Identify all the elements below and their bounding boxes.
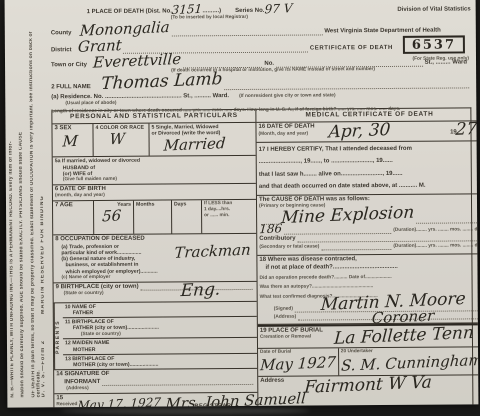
county-label: County xyxy=(51,30,72,38)
margin-binding-label: MARGIN RESERVED FOR BINDING xyxy=(39,195,46,314)
certificate-header: 6537 (For State Reg. use only) 1 PLACE O… xyxy=(51,1,472,110)
certificate-of-death-label: CERTIFICATE OF DEATH xyxy=(310,44,393,52)
district-number-value: 3151 xyxy=(172,3,203,16)
parents-block: PARENTS 10 NAME OF FATHER 11 BIRTHPLACE … xyxy=(54,301,257,370)
dod-value: Apr, 30 xyxy=(328,122,391,142)
mother-bp-line2: MOTHER (city or town)...................… xyxy=(65,361,255,369)
particulars-table: PERSONAL AND STATISTICAL PARTICULARS 3 S… xyxy=(51,107,473,407)
district-label: District xyxy=(51,47,72,55)
town-label: Town or City xyxy=(51,62,87,70)
scanned-death-certificate: N. B.—WRITE PLAINLY, WITH UNFADING INK—T… xyxy=(0,0,480,416)
received-row: 15 Received May 17, 1927 Mrs. John Samue… xyxy=(54,393,257,407)
full-name-label: 2 FULL NAME xyxy=(51,84,91,92)
date-of-death-row: 16 DATE OF DEATH (Month, day and year) A… xyxy=(256,121,478,143)
duration-line: (Duration)........ yrs. ........ mos. ..… xyxy=(393,228,478,234)
place-of-burial-row: 19 PLACE OF BURIAL Cremation or Removal … xyxy=(258,323,479,349)
certify-line4: and that death occurred on date stated a… xyxy=(259,180,479,194)
cause-code-value: 186 xyxy=(259,222,283,235)
age-row: 7 AGE Years 56 Months Days xyxy=(53,200,256,235)
maiden-name-note: (Give full maiden name) xyxy=(55,176,254,183)
sex-value: M xyxy=(62,133,78,149)
residence-note2: (If nonresident give city or town and st… xyxy=(239,94,336,100)
age-field: 7 AGE xyxy=(53,201,93,234)
medical-certificate-column: MEDICAL CERTIFICATE OF DEATH 16 DATE OF … xyxy=(256,108,478,407)
residence-note: (Usual place of abode) xyxy=(65,101,116,107)
series-number-value: 97 V xyxy=(264,2,292,15)
certificate-number-stamp: 6537 xyxy=(403,35,465,53)
father-name-row: 10 NAME OF FATHER xyxy=(63,301,257,318)
certify-row: 17 I HEREBY CERTIFY, That I attended dec… xyxy=(257,141,479,195)
age-less-line3: or ...... min. xyxy=(204,213,254,219)
undertaker-address-value: Fairmont W Va xyxy=(304,374,433,396)
undertaker-address-label: Address xyxy=(260,377,284,385)
certificate-paper: N. B.—WRITE PLAINLY, WITH UNFADING INK—T… xyxy=(5,0,479,408)
dist-close: ..........) xyxy=(202,8,221,16)
age-years-field: Years 56 xyxy=(93,201,133,234)
division-label: Division of Vital Statistics xyxy=(397,6,470,14)
county-value: Monongalia xyxy=(79,20,170,39)
informant-row: 14 SIGNATURE OF INFORMANT (Address) xyxy=(54,369,257,394)
no-label: No. xyxy=(264,60,274,68)
received-label: Received xyxy=(56,403,77,408)
age-days-field: Days xyxy=(171,200,201,233)
binding-margin: N. B.—WRITE PLAINLY, WITH UNFADING INK—T… xyxy=(5,0,52,408)
father-bp-note: (State or country) xyxy=(65,330,255,337)
signed-address-label: (Address) xyxy=(260,315,296,321)
age-months-field: Months xyxy=(133,201,171,234)
series-label: Series No. xyxy=(235,7,264,15)
sex-race-marital-row: 3 SEX M 4 COLOR OR RACE W 5 Single, Marr… xyxy=(52,123,255,158)
date-of-birth-row: 6 DATE OF BIRTH (month, day and year) xyxy=(53,184,256,202)
age-label: 7 AGE xyxy=(55,202,91,210)
occupation-c-line: (c) Name of employer xyxy=(56,274,255,281)
burial-date-undertaker-row: Date of Burial May 1927 20 Undertaker S.… xyxy=(258,347,478,377)
sex-field: 3 SEX M xyxy=(52,124,92,157)
burial-date-field: Date of Burial May 1927 xyxy=(258,348,338,376)
occupation-value: Trackman xyxy=(173,243,250,261)
race-field: 4 COLOR OR RACE W xyxy=(92,124,148,157)
birthplace-row: 9 BIRTHPLACE (city or town) (State or co… xyxy=(54,281,257,302)
item5a-row: 5a If married, widowed or divorced HUSBA… xyxy=(53,156,256,185)
race-value: W xyxy=(109,132,125,148)
father-birthplace-row: 11 BIRTHPLACE OF FATHER (city or town)..… xyxy=(63,317,257,340)
dob-note: (month, day and year) xyxy=(55,192,254,199)
marital-field: 5 Single, Married, Widowed or Divorced (… xyxy=(148,123,255,156)
form-code: D. V. S.—Form 2 xyxy=(40,340,46,397)
undertaker-field: 20 Undertaker S. M. Cunningham xyxy=(338,347,479,375)
parents-vertical-label: PARENTS xyxy=(54,303,63,370)
occupation-row: 8 OCCUPATION OF DECEASED (a) Trade, prof… xyxy=(53,234,256,283)
dod-year-value: 27 xyxy=(455,121,478,139)
cause-of-death-row: The CAUSE OF DEATH was as follows: (Prim… xyxy=(257,194,478,256)
scan-artifact xyxy=(60,407,310,414)
signed-label: (Signed) xyxy=(260,307,293,313)
age-days-label: Days xyxy=(174,201,199,207)
contributory-label: Contributory xyxy=(259,235,295,243)
duration-line-2: (Duration)........ yrs. ........ mos. ..… xyxy=(393,244,478,250)
age-years-value: 56 xyxy=(102,209,122,225)
undertaker-address-row: Address Fairmont W Va xyxy=(258,375,478,407)
place-of-death-label: 1 PLACE OF DEATH (Dist. No. xyxy=(87,8,172,16)
mother-birthplace-row: 13 BIRTHPLACE OF MOTHER (city or town)..… xyxy=(63,354,257,370)
certificate-form: 6537 (For State Reg. use only) 1 PLACE O… xyxy=(49,0,479,407)
mother-name-row: 12 MAIDEN NAME MOTHER xyxy=(63,338,257,355)
age-months-label: Months xyxy=(136,202,169,208)
age-less-field: If LESS than 1 day....hrs. or ...... min… xyxy=(201,200,256,233)
burial-date-value: May 1927 xyxy=(260,355,337,373)
undertaker-value: S. M. Cunningham xyxy=(340,352,478,373)
department-label: West Virginia State Department of Health xyxy=(324,27,441,35)
marital-value: Married xyxy=(163,136,226,154)
received-date-value: May 17, 1927 xyxy=(77,396,161,407)
birthplace-state-note: (State or country) xyxy=(56,290,255,297)
informant-address-note: (Address) xyxy=(56,385,255,392)
personal-particulars-column: PERSONAL AND STATISTICAL PARTICULARS 3 S… xyxy=(52,110,258,407)
burial-place-value: La Follette Tenn xyxy=(333,325,474,348)
state-reg-note: (For State Reg. use only) xyxy=(412,56,469,62)
item18-row: 18 Where was disease contracted, if not … xyxy=(257,254,478,325)
town-value: Everettville xyxy=(92,52,181,71)
birthplace-value: Eng. xyxy=(180,281,221,300)
residence-label: (a) Residence. No. .....................… xyxy=(51,93,229,102)
contributory-note: (Secondary or fatal cause) xyxy=(259,245,319,251)
mother-name-line2: MOTHER xyxy=(65,345,255,353)
